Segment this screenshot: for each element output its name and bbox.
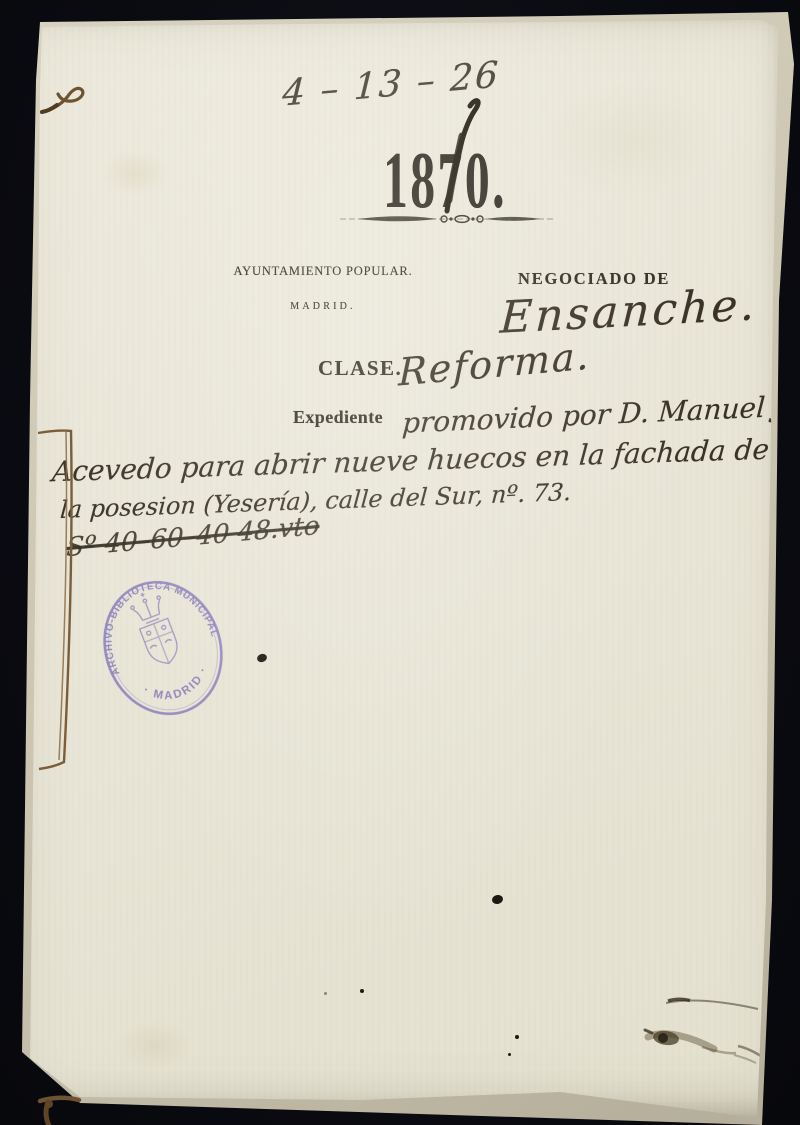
stamp-coat-of-arms xyxy=(127,587,183,669)
binding-threads xyxy=(0,0,110,1125)
file-text-line-2: Acevedo para abrir nueve huecos en la fa… xyxy=(51,433,770,489)
class-label: CLASE. xyxy=(318,356,402,381)
file-label: Expediente xyxy=(293,407,383,428)
ink-stroke-over-year xyxy=(430,92,500,222)
ink-smears xyxy=(630,985,770,1075)
file-text-line-1: promovido por D. Manuel Jz xyxy=(401,389,800,439)
ink-speck xyxy=(508,1053,511,1056)
ink-dot xyxy=(491,894,504,905)
ink-speck xyxy=(324,992,327,995)
svg-text:· MADRID ·: · MADRID · xyxy=(139,661,217,712)
org-city: MADRID. xyxy=(228,301,418,312)
thread-bottom-end xyxy=(40,1098,79,1101)
class-value-handwritten: Reforma. xyxy=(398,333,591,394)
ink-speck xyxy=(515,1035,519,1039)
photo-background: 4 – 13 – 26 1870. AYUNTAMIENTO POPULAR. … xyxy=(0,0,800,1125)
paper-stain xyxy=(100,150,170,196)
ink-dot xyxy=(256,653,268,664)
paper-stain xyxy=(115,1020,195,1070)
stamp-bottom-text: · MADRID · xyxy=(139,661,217,712)
ink-speck xyxy=(360,989,364,993)
ornamental-rule xyxy=(338,211,556,227)
document-page: 4 – 13 – 26 1870. AYUNTAMIENTO POPULAR. … xyxy=(0,0,800,1125)
org-name: AYUNTAMIENTO POPULAR. xyxy=(228,264,418,279)
